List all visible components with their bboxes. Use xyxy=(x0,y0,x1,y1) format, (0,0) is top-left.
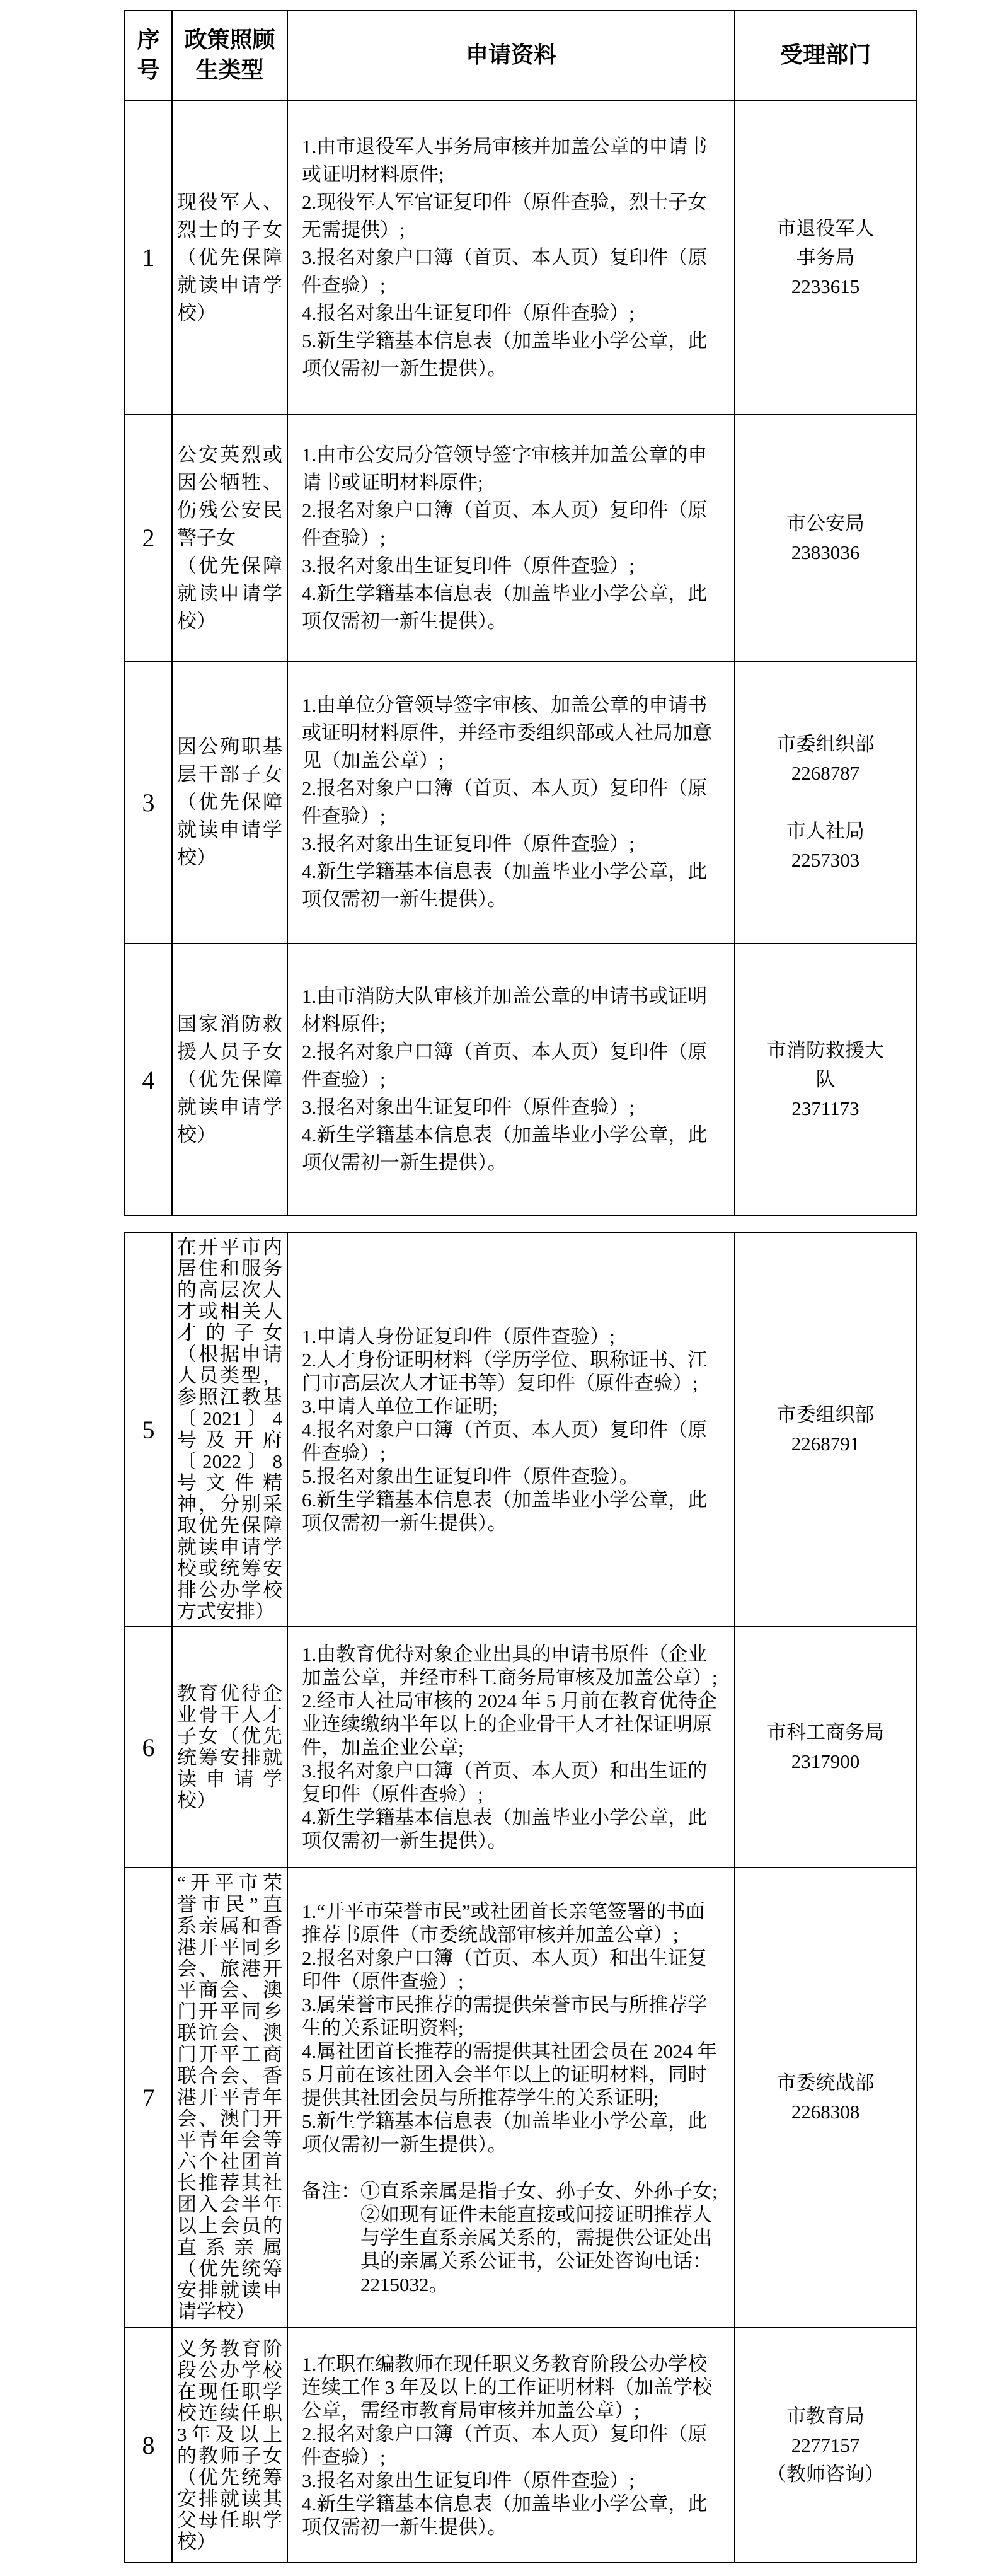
material-item: 6.新生学籍基本信息表（加盖毕业小学公章，此项仅需初一新生提供）。 xyxy=(302,1488,720,1535)
material-item: 1.由市消防大队审核并加盖公章的申请书或证明材料原件; xyxy=(302,983,720,1038)
material-item: 4.新生学籍基本信息表（加盖毕业小学公章，此项仅需初一新生提供）。 xyxy=(302,1121,720,1177)
table-row: 3因公殉职基层干部子女（优先保障就读申请学校）1.由单位分管领导签字审核、加盖公… xyxy=(125,661,916,944)
department-line: 市退役军人 xyxy=(759,214,892,243)
material-item: 4.报名对象出生证复印件（原件查验）; xyxy=(302,299,720,327)
student-type-cell: 现役军人、烈士的子女（优先保障就读申请学校） xyxy=(172,100,287,415)
row-number-cell: 6 xyxy=(125,1627,172,1868)
material-item: 4.报名对象户口簿（首页、本人页）复印件（原件查验）; xyxy=(302,1418,720,1465)
department-line: 市委组织部 xyxy=(759,730,892,759)
material-item: 2.报名对象户口簿（首页、本人页）复印件（原件查验）; xyxy=(302,497,720,552)
remark: 备注：①直系亲属是指子女、孙子女、外孙子女;②如现有证件未能直接或间接证明推荐人… xyxy=(302,2180,720,2296)
department-line: 市委组织部 xyxy=(759,1401,892,1430)
student-type-cell: 教育优待企业骨干人才子女（优先统筹安排就读申请学校） xyxy=(172,1627,287,1868)
material-item: 3.属荣誉市民推荐的需提供荣誉市民与所推荐学生的关系证明资料; xyxy=(302,1993,720,2040)
material-item: 3.报名对象出生证复印件（原件查验）; xyxy=(302,552,720,580)
materials-cell: 1.由市退役军人事务局审核并加盖公章的申请书或证明材料原件;2.现役军人军官证复… xyxy=(287,100,735,415)
header-cell-materials: 申请资料 xyxy=(287,11,735,100)
materials-cell: 1.申请人身份证复印件（原件查验）;2.人才身份证明材料（学历学位、职称证书、江… xyxy=(287,1232,735,1627)
row-number-cell: 4 xyxy=(125,944,172,1216)
department-cell: 市委统战部2268308 xyxy=(735,1868,916,2328)
material-item: 5.新生学籍基本信息表（加盖毕业小学公章，此项仅需初一新生提供）。 xyxy=(302,327,720,383)
table-row: 6教育优待企业骨干人才子女（优先统筹安排就读申请学校）1.由教育优待对象企业出具… xyxy=(125,1627,916,1868)
row-number-cell: 8 xyxy=(125,2328,172,2563)
policy-document: 序号政策照顾生类型申请资料受理部门1现役军人、烈士的子女（优先保障就读申请学校）… xyxy=(0,0,1000,2576)
material-item: 1.由市退役军人事务局审核并加盖公章的申请书或证明材料原件; xyxy=(302,133,720,188)
policy-table-2: 5在开平市内居住和服务的高层次人才或相关人才的子女（根据申请人员类型，参照江教基… xyxy=(124,1232,917,2563)
materials-cell: 1.由单位分管领导签字审核、加盖公章的申请书或证明材料原件，并经市委组织部或人社… xyxy=(287,661,735,944)
department-cell: 市退役军人事务局2233615 xyxy=(735,100,916,415)
material-item: 1.由市公安局分管领导签字审核并加盖公章的申请书或证明材料原件; xyxy=(302,441,720,497)
department-line: 2268308 xyxy=(759,2098,892,2127)
material-item: 3.报名对象出生证复印件（原件查验）; xyxy=(302,830,720,858)
material-item: 1.“开平市荣誉市民”或社团首长亲笔签署的书面推荐书原件（市委统战部审核并加盖公… xyxy=(302,1900,720,1946)
table-row: 7“开平市荣誉市民”直系亲属和香港开平同乡会、旅港开平商会、澳门开平同乡联谊会、… xyxy=(125,1868,916,2328)
remark-item: ①直系亲属是指子女、孙子女、外孙子女; xyxy=(360,2180,720,2203)
material-item: 2.经市人社局审核的 2024 年 5 月前在教育优待企业连续缴纳半年以上的企业… xyxy=(302,1689,720,1759)
student-type-cell: “开平市荣誉市民”直系亲属和香港开平同乡会、旅港开平商会、澳门开平同乡联谊会、澳… xyxy=(172,1868,287,2328)
materials-cell: 1.由市消防大队审核并加盖公章的申请书或证明材料原件;2.报名对象户口簿（首页、… xyxy=(287,944,735,1216)
table-row: 4国家消防救援人员子女（优先保障就读申请学校）1.由市消防大队审核并加盖公章的申… xyxy=(125,944,916,1216)
department-line: 2268791 xyxy=(759,1430,892,1458)
student-type-cell: 国家消防救援人员子女（优先保障就读申请学校） xyxy=(172,944,287,1216)
material-item: 2.报名对象户口簿（首页、本人页）复印件（原件查验）; xyxy=(302,1038,720,1094)
remark-item: ②如现有证件未能直接或间接证明推荐人与学生直系亲属关系的，需提供公证处出具的亲属… xyxy=(360,2203,720,2296)
material-item: 3.报名对象户口簿（首页、本人页）和出生证的复印件（原件查验）; xyxy=(302,1759,720,1806)
header-cell-no: 序号 xyxy=(125,11,172,100)
department-line: 市人社局 xyxy=(759,817,892,846)
material-item: 3.申请人单位工作证明; xyxy=(302,1395,720,1418)
materials-cell: 1.在职在编教师在现任职义务教育阶段公办学校连续工作 3 年及以上的工作证明材料… xyxy=(287,2328,735,2563)
student-type-cell: 义务教育阶段公办学校在现任职学校连续任职3年及以上的教师子女（优先统筹安排就读其… xyxy=(172,2328,287,2563)
material-item: 2.报名对象户口簿（首页、本人页）复印件（原件查验）; xyxy=(302,775,720,830)
material-item: 1.由教育优待对象企业出具的申请书原件（企业加盖公章，并经市科工商务局审核及加盖… xyxy=(302,1643,720,1689)
department-line: 队 xyxy=(759,1065,892,1094)
student-type-cell: 因公殉职基层干部子女（优先保障就读申请学校） xyxy=(172,661,287,944)
material-item: 2.报名对象户口簿（首页、本人页）和出生证复印件（原件查验）; xyxy=(302,1946,720,1993)
department-line: 市委统战部 xyxy=(759,2069,892,2098)
row-number-cell: 7 xyxy=(125,1868,172,2328)
row-number-cell: 5 xyxy=(125,1232,172,1627)
policy-table-1: 序号政策照顾生类型申请资料受理部门1现役军人、烈士的子女（优先保障就读申请学校）… xyxy=(124,10,917,1216)
header-cell-department: 受理部门 xyxy=(735,11,916,100)
header-row: 序号政策照顾生类型申请资料受理部门 xyxy=(125,11,916,100)
department-line: 2371173 xyxy=(759,1094,892,1123)
department-cell: 市科工商务局2317900 xyxy=(735,1627,916,1868)
material-item: 1.申请人身份证复印件（原件查验）; xyxy=(302,1325,720,1348)
department-cell: 市公安局2383036 xyxy=(735,415,916,661)
material-item: 2.现役军人军官证复印件（原件查验，烈士子女无需提供）; xyxy=(302,188,720,244)
materials-cell: 1.由教育优待对象企业出具的申请书原件（企业加盖公章，并经市科工商务局审核及加盖… xyxy=(287,1627,735,1868)
department-cell: 市委组织部2268787市人社局2257303 xyxy=(735,661,916,944)
department-line: 2277157 xyxy=(759,2431,892,2460)
material-item: 5.报名对象出生证复印件（原件查验）。 xyxy=(302,1465,720,1488)
student-type-cell: 公安英烈或因公牺牲、伤残公安民警子女 （优先保障就读申请学校） xyxy=(172,415,287,661)
material-item: 4.新生学籍基本信息表（加盖毕业小学公章，此项仅需初一新生提供）。 xyxy=(302,1806,720,1852)
row-number-cell: 1 xyxy=(125,100,172,415)
material-item: 3.报名对象户口簿（首页、本人页）复印件（原件查验）; xyxy=(302,244,720,299)
material-item: 1.在职在编教师在现任职义务教育阶段公办学校连续工作 3 年及以上的工作证明材料… xyxy=(302,2352,720,2422)
material-item: 4.新生学籍基本信息表（加盖毕业小学公章，此项仅需初一新生提供）。 xyxy=(302,580,720,635)
department-line: 市科工商务局 xyxy=(759,1718,892,1747)
material-item: 4.新生学籍基本信息表（加盖毕业小学公章，此项仅需初一新生提供）。 xyxy=(302,858,720,913)
row-number-cell: 3 xyxy=(125,661,172,944)
department-line: 事务局 xyxy=(759,243,892,272)
materials-cell: 1.由市公安局分管领导签字审核并加盖公章的申请书或证明材料原件;2.报名对象户口… xyxy=(287,415,735,661)
department-spacer xyxy=(759,788,892,817)
table-row: 2公安英烈或因公牺牲、伤残公安民警子女 （优先保障就读申请学校）1.由市公安局分… xyxy=(125,415,916,661)
department-line: 2317900 xyxy=(759,1747,892,1776)
student-type-cell: 在开平市内居住和服务的高层次人才或相关人才的子女（根据申请人员类型，参照江教基〔… xyxy=(172,1232,287,1627)
row-number-cell: 2 xyxy=(125,415,172,661)
department-line: 2233615 xyxy=(759,272,892,301)
department-line: （教师咨询） xyxy=(759,2460,892,2489)
department-line: 市消防救援大 xyxy=(759,1036,892,1065)
material-item: 3.报名对象出生证复印件（原件查验）; xyxy=(302,1094,720,1121)
department-line: 市教育局 xyxy=(759,2402,892,2431)
material-item: 5.新生学籍基本信息表（加盖毕业小学公章，此项仅需初一新生提供）。 xyxy=(302,2110,720,2156)
material-item: 3.报名对象出生证复印件（原件查验）; xyxy=(302,2469,720,2492)
material-item: 1.由单位分管领导签字审核、加盖公章的申请书或证明材料原件，并经市委组织部或人社… xyxy=(302,691,720,775)
department-line: 市公安局 xyxy=(759,509,892,538)
material-item: 2.人才身份证明材料（学历学位、职称证书、江门市高层次人才证书等）复印件（原件查… xyxy=(302,1348,720,1395)
department-cell: 市教育局2277157（教师咨询） xyxy=(735,2328,916,2563)
remark-label: 备注： xyxy=(302,2180,360,2296)
remark-items: ①直系亲属是指子女、孙子女、外孙子女;②如现有证件未能直接或间接证明推荐人与学生… xyxy=(360,2180,720,2296)
department-cell: 市消防救援大队2371173 xyxy=(735,944,916,1216)
department-cell: 市委组织部2268791 xyxy=(735,1232,916,1627)
header-cell-type: 政策照顾生类型 xyxy=(172,11,287,100)
material-item: 2.报名对象户口簿（首页、本人页）复印件（原件查验）; xyxy=(302,2422,720,2469)
table-row: 5在开平市内居住和服务的高层次人才或相关人才的子女（根据申请人员类型，参照江教基… xyxy=(125,1232,916,1627)
material-item: 4.属社团首长推荐的需提供其社团会员在 2024 年 5 月前在该社团入会半年以… xyxy=(302,2040,720,2110)
material-item: 4.新生学籍基本信息表（加盖毕业小学公章，此项仅需初一新生提供）。 xyxy=(302,2492,720,2539)
department-line: 2383036 xyxy=(759,538,892,567)
materials-cell: 1.“开平市荣誉市民”或社团首长亲笔签署的书面推荐书原件（市委统战部审核并加盖公… xyxy=(287,1868,735,2328)
table-row: 8义务教育阶段公办学校在现任职学校连续任职3年及以上的教师子女（优先统筹安排就读… xyxy=(125,2328,916,2563)
department-line: 2257303 xyxy=(759,846,892,875)
table-row: 1现役军人、烈士的子女（优先保障就读申请学校）1.由市退役军人事务局审核并加盖公… xyxy=(125,100,916,415)
department-line: 2268787 xyxy=(759,759,892,788)
